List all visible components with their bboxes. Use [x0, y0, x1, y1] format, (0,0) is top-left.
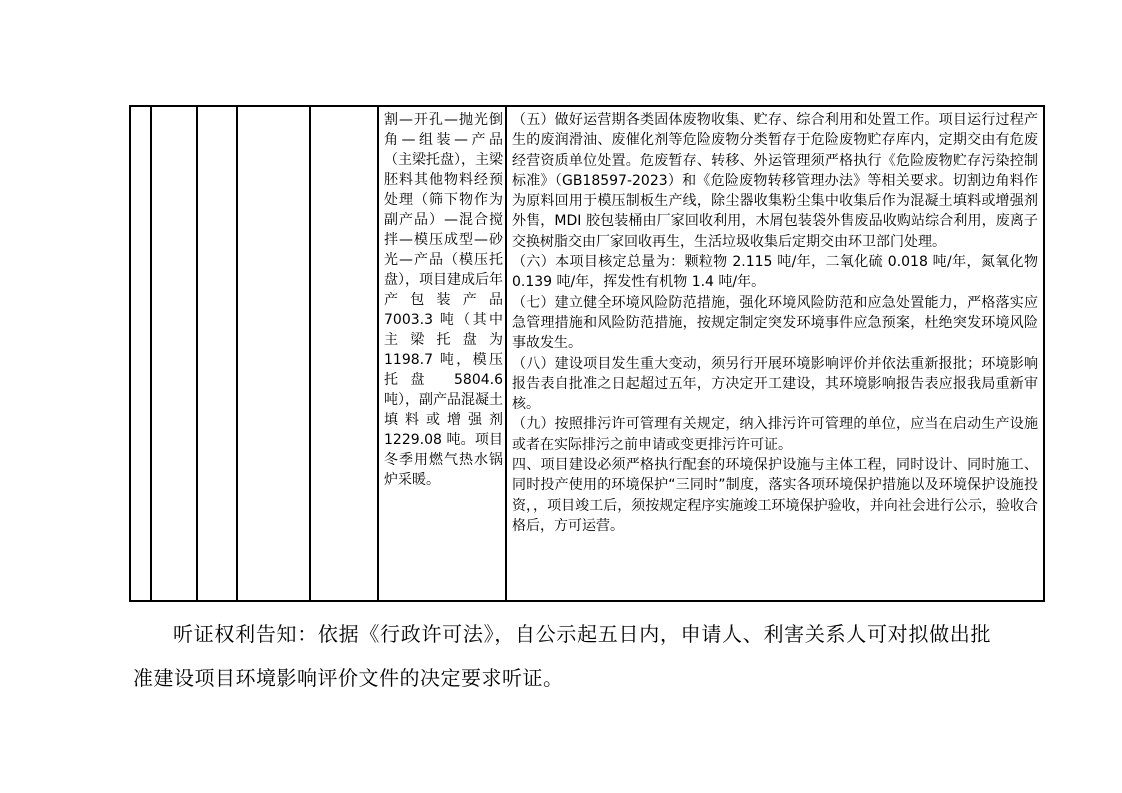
approval-conditions-table: 割—开孔—抛光倒角—组装—产品（主梁托盘），主梁胚料其他物料经预处理（筛下物作为… — [129, 105, 1045, 602]
table-cell-empty-3 — [198, 107, 238, 600]
table-cell-empty-1 — [131, 107, 152, 600]
requirement-item-8: （八）建设项目发生重大变动，须另行开展环境影响评价并依法重新报批；环境影响报告表… — [512, 354, 1038, 415]
table-cell-empty-4 — [238, 107, 311, 600]
table-cell-empty-5 — [311, 107, 379, 600]
requirements-cell: （五）做好运营期各类固体废物收集、贮存、综合利用和处置工作。项目运行过程产生的废… — [507, 107, 1043, 600]
requirement-item-7: （七）建立健全环境风险防范措施，强化环境风险防范和应急处置能力，严格落实应急管理… — [512, 293, 1038, 354]
table-cell-empty-2 — [152, 107, 198, 600]
requirement-item-9: （九）按照排污许可管理有关规定，纳入排污许可管理的单位，应当在启动生产设施或者在… — [512, 414, 1038, 455]
requirement-item-6: （六）本项目核定总量为：颗粒物 2.115 吨/年，二氧化硫 0.018 吨/年… — [512, 252, 1038, 293]
requirement-item-5: （五）做好运营期各类固体废物收集、贮存、综合利用和处置工作。项目运行过程产生的废… — [512, 110, 1038, 252]
requirement-item-four: 四、项目建设必须严格执行配套的环境保护设施与主体工程，同时设计、同时施工、同时投… — [512, 455, 1038, 536]
hearing-rights-notice: 听证权利告知：依据《行政许可法》，自公示起五日内，申请人、利害关系人可对拟做出批… — [133, 612, 991, 700]
process-description-cell: 割—开孔—抛光倒角—组装—产品（主梁托盘），主梁胚料其他物料经预处理（筛下物作为… — [379, 107, 507, 600]
document-page: 割—开孔—抛光倒角—组装—产品（主梁托盘），主梁胚料其他物料经预处理（筛下物作为… — [0, 0, 1122, 793]
process-description-text: 割—开孔—抛光倒角—组装—产品（主梁托盘），主梁胚料其他物料经预处理（筛下物作为… — [384, 110, 503, 490]
